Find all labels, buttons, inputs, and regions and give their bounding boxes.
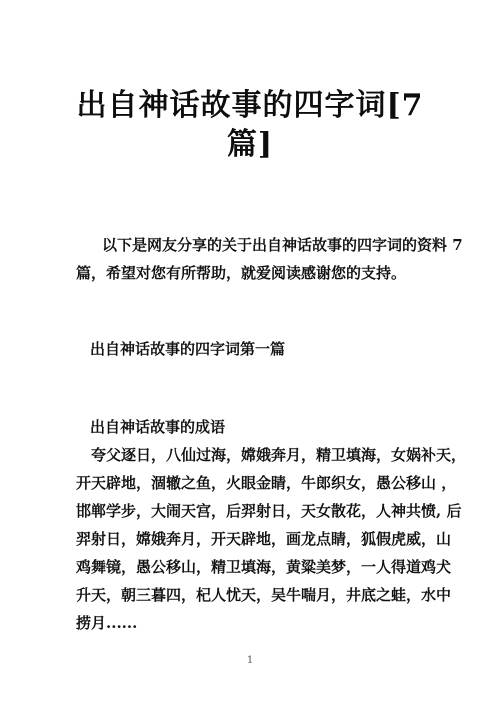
text-line: 开天辟地，涸辙之鱼，火眼金睛，牛郎织女，愚公移山 ， (76, 469, 424, 497)
text-line: 夸父逐日，八仙过海，嫦娥奔月，精卫填海，女娲补天， (76, 441, 424, 469)
text-line: 邯郸学步，大闹天宫，后羿射日，天女散花，人神共愤, 后 (76, 497, 424, 525)
title-line: 出自神话故事的四字词[7 (76, 86, 424, 125)
document-page: 出自神话故事的四字词[7 篇] 以下是网友分享的关于出自神话故事的四字词的资料 … (0, 0, 500, 707)
text-line: 以下是网友分享的关于出自神话故事的四字词的资料 7 (76, 231, 424, 259)
text-line: 篇，希望对您有所帮助，就爱阅读感谢您的支持。 (76, 259, 424, 287)
text-line: 升天，朝三暮四，杞人忧天，吴牛喘月，井底之蛙，水中 (76, 581, 424, 609)
page-number: 1 (0, 655, 500, 667)
intro-paragraph: 以下是网友分享的关于出自神话故事的四字词的资料 7 篇，希望对您有所帮助，就爱阅… (76, 231, 424, 287)
text-line: 羿射日，嫦娥奔月，开天辟地，画龙点睛，狐假虎威，山 (76, 525, 424, 553)
title-line: 篇] (76, 125, 424, 164)
text-line: 鸡舞镜，愚公移山，精卫填海，黄粱美梦，一人得道鸡犬 (76, 553, 424, 581)
text-line: 捞月...... (76, 609, 424, 637)
sub-heading: 出自神话故事的成语 (76, 413, 424, 441)
document-title: 出自神话故事的四字词[7 篇] (76, 86, 424, 164)
document-content: 出自神话故事的四字词[7 篇] 以下是网友分享的关于出自神话故事的四字词的资料 … (0, 0, 500, 637)
section-heading: 出自神话故事的四字词第一篇 (76, 335, 424, 363)
idiom-paragraph: 夸父逐日，八仙过海，嫦娥奔月，精卫填海，女娲补天， 开天辟地，涸辙之鱼，火眼金睛… (76, 441, 424, 637)
